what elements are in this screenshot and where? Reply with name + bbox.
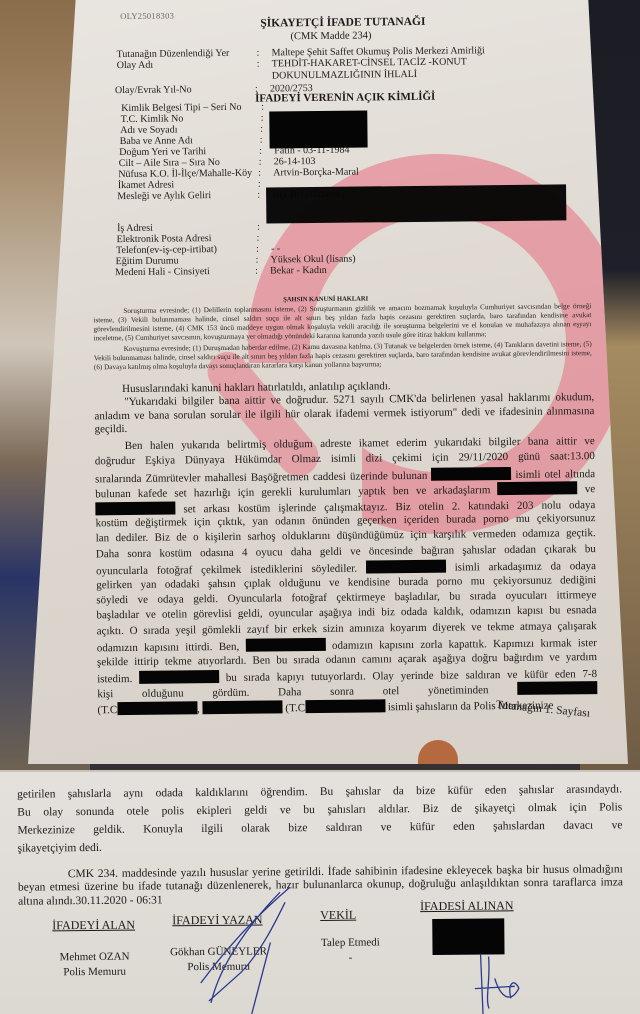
rights-heading: ŞAHSIN KANUNİ HAKLARI bbox=[283, 295, 368, 303]
text-line: Merkezinize geldik. Konuyla ilgili olara… bbox=[17, 819, 622, 838]
document-reference: OLY25018303 bbox=[120, 10, 174, 21]
redaction-box bbox=[431, 467, 511, 481]
document-page-2: getirilen şahıslarla aynı odada kaldıkla… bbox=[0, 770, 640, 1014]
document-title: ŞİKAYETÇİ İFADE TUTANAĞI bbox=[260, 16, 425, 30]
redaction-box bbox=[498, 481, 578, 495]
rights-investigation: Soruşturma evresinde; (1) Delillerin top… bbox=[93, 302, 591, 343]
redaction-box bbox=[305, 699, 385, 713]
signature-block-lawyer: Talep Etmedi- bbox=[300, 935, 400, 966]
redaction-box bbox=[117, 701, 197, 715]
signature-title-complainant: İFADESİ ALINAN bbox=[420, 898, 514, 914]
consent-statement: "Yukarıdaki bilgiler bana aittir ve doğr… bbox=[94, 391, 594, 437]
signature-title-taker: İFADEYİ ALAN bbox=[52, 918, 135, 934]
redaction-box bbox=[246, 638, 326, 652]
field-place: Tutanağın Düzenlendiği Yer : Maltepe Şeh… bbox=[117, 44, 577, 49]
text-line: getirilen şahıslarla aynı odada kaldıkla… bbox=[17, 783, 622, 802]
text-line: Bu olay sonunda otele polis ekipleri gel… bbox=[17, 801, 622, 820]
document-page-1: OLY25018303 ŞİKAYETÇİ İFADE TUTANAĞI (CM… bbox=[28, 0, 628, 774]
redaction-box bbox=[517, 681, 597, 695]
text-line: şikayetçiyim dedi. bbox=[18, 837, 623, 856]
redaction-box bbox=[95, 501, 175, 515]
identity-field: Elektronik Posta Adresi: bbox=[117, 230, 537, 234]
identity-heading: İFADEYİ VERENİN AÇIK KİMLİĞİ bbox=[255, 91, 435, 105]
closing-text: CMK 234. maddesinde yazılı hususlar yeri… bbox=[18, 863, 623, 908]
field-file-no: Olay/Evrak Yıl-No : 2020/2753 bbox=[115, 80, 575, 85]
document-subtitle: (CMK Madde 234) bbox=[290, 30, 371, 42]
signature-complainant bbox=[470, 948, 541, 1014]
redaction-address bbox=[266, 184, 566, 223]
signature-title-lawyer: VEKİL bbox=[320, 908, 356, 923]
rights-prosecution: Kovuşturma evresinde; (1) Duruşmadan hab… bbox=[94, 340, 592, 372]
redaction-box bbox=[366, 560, 446, 574]
redaction-box bbox=[203, 700, 283, 714]
redaction-box bbox=[139, 670, 219, 684]
signature-writer bbox=[180, 882, 301, 1014]
statement-continued: getirilen şahıslarla aynı odada kaldıkla… bbox=[0, 769, 639, 775]
redaction-tc-name bbox=[269, 110, 367, 148]
signature-block-taker: Mehmet OZANPolis Memuru bbox=[44, 950, 144, 981]
